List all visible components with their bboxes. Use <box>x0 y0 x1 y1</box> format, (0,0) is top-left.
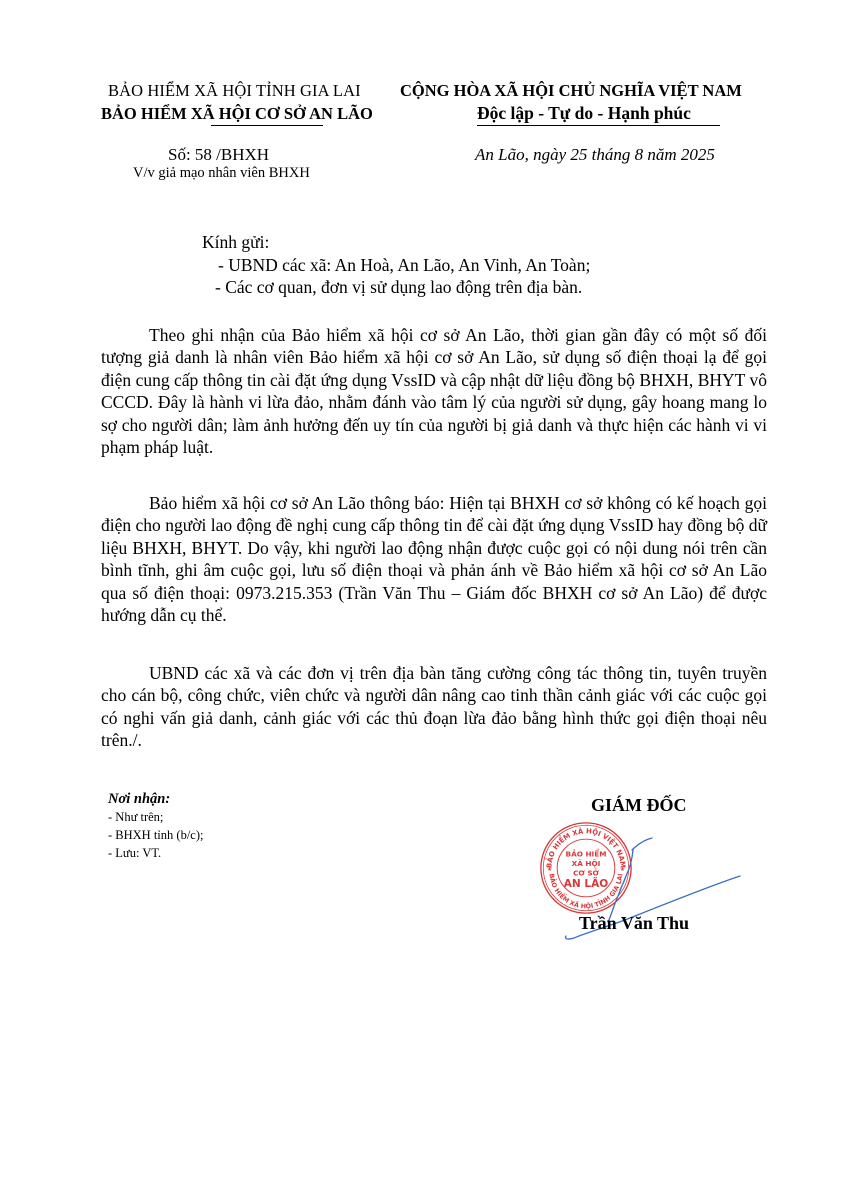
recipient-item: - UBND các xã: An Hoà, An Lão, An Vinh, … <box>218 255 590 276</box>
recipient-item: - Các cơ quan, đơn vị sử dụng lao động t… <box>215 277 582 298</box>
document-subject: V/v giả mạo nhân viên BHXH <box>133 165 310 182</box>
svg-text:BẢO HIỂM: BẢO HIỂM <box>566 848 607 858</box>
place-and-date: An Lão, ngày 25 tháng 8 năm 2025 <box>475 145 715 165</box>
body-paragraph-3: UBND các xã và các đơn vị trên địa bàn t… <box>101 662 767 752</box>
distribution-item: - BHXH tỉnh (b/c); <box>108 828 203 843</box>
body-paragraph-1: Theo ghi nhận của Bảo hiểm xã hội cơ sở … <box>101 324 767 458</box>
svg-text:★: ★ <box>620 866 625 873</box>
distribution-label: Nơi nhận: <box>108 791 170 808</box>
svg-text:AN LÃO: AN LÃO <box>564 877 609 890</box>
signer-title: GIÁM ĐỐC <box>591 795 687 816</box>
document-number: Số: 58 /BHXH <box>168 145 269 165</box>
official-stamp-icon: BẢO HIỂM XÃ HỘI VIỆT NAM BẢO HIỂM XÃ HỘI… <box>538 820 634 916</box>
signer-name: Trần Văn Thu <box>579 913 689 934</box>
body-paragraph-2: Bảo hiểm xã hội cơ sở An Lão thông báo: … <box>101 492 767 626</box>
distribution-item: - Như trên; <box>108 810 163 825</box>
parent-organization: BẢO HIỂM XÃ HỘI TỈNH GIA LAI <box>108 81 361 101</box>
distribution-item: - Lưu: VT. <box>108 846 161 861</box>
svg-text:XÃ HỘI: XÃ HỘI <box>572 859 601 868</box>
motto-underline-divider <box>477 125 720 126</box>
recipients-label: Kính gửi: <box>202 232 269 253</box>
svg-text:★: ★ <box>547 866 552 873</box>
national-motto: Độc lập - Tự do - Hạnh phúc <box>477 103 691 124</box>
svg-text:CƠ SỞ: CƠ SỞ <box>573 868 599 878</box>
national-title: CỘNG HÒA XÃ HỘI CHỦ NGHĨA VIỆT NAM <box>400 81 742 101</box>
organization-underline-divider <box>211 125 323 126</box>
issuing-organization: BẢO HIỂM XÃ HỘI CƠ SỞ AN LÃO <box>101 104 373 124</box>
